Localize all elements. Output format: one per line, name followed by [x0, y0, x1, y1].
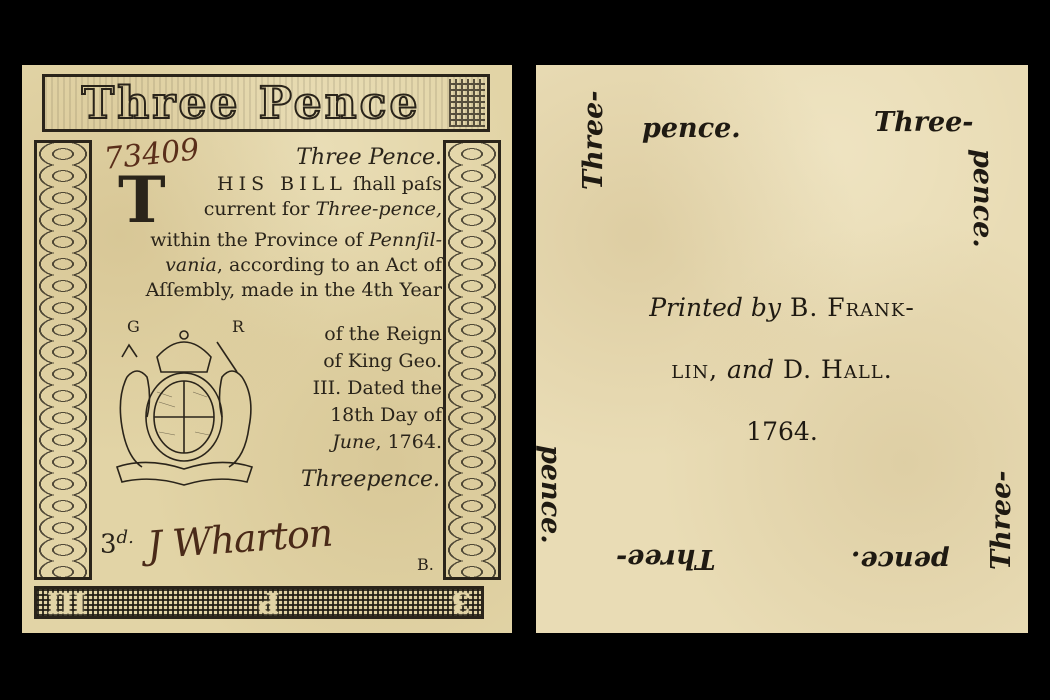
corner-top-left-vertical: Three- [578, 90, 609, 190]
printer-imprint-line-2: lin, and D. Hall. [536, 355, 1028, 384]
coat-of-arms-icon [97, 317, 272, 492]
corner-bottom-right-vertical: Three- [986, 470, 1017, 570]
body-line-3: within the Province of Pennſil- [100, 228, 442, 253]
footer-word: Threepence. [270, 467, 440, 492]
reign-line-4: 18th Day of [270, 402, 442, 429]
dropcap-letter: T [118, 174, 166, 228]
reign-line-2: of King Geo. [270, 348, 442, 375]
bottom-crosshatch-strip: 3 P III [34, 586, 484, 619]
arms-letter-g: G [127, 317, 140, 336]
reign-date-text: of the Reign of King Geo. III. Dated the… [270, 321, 442, 456]
banner-crosshatch-ornament [449, 79, 485, 127]
strip-text: 3 P III [37, 586, 481, 619]
reign-line-1: of the Reign [270, 321, 442, 348]
corner-bottom-left-horizontal: Three- [616, 543, 716, 574]
banknote-front: Three Pence Three Pence. T HIS BILL ſhal… [22, 65, 512, 633]
body-line-5: Aſſembly, made in the 4th Year [100, 278, 442, 303]
banner-text: Three Pence [82, 78, 421, 129]
right-ornamental-border [443, 140, 501, 580]
reign-line-3: III. Dated the [270, 375, 442, 402]
denomination-banner: Three Pence [42, 74, 490, 132]
corner-bottom-right-horizontal: pence. [851, 545, 950, 576]
corner-top-right-vertical: pence. [967, 149, 998, 248]
arms-letter-r: R [232, 317, 244, 336]
denomination-mark: 3d. [100, 527, 134, 560]
corner-top-left-horizontal: pence. [642, 113, 741, 144]
date-line: June, 1764. [270, 429, 442, 456]
corner-top-right-horizontal: Three- [874, 107, 974, 138]
banknote-back: Three- pence. Three- pence. pence. Three… [536, 65, 1028, 633]
royal-coat-of-arms: G R [97, 317, 272, 492]
printer-imprint-line-1: Printed by B. Frank- [536, 293, 1028, 322]
left-ornamental-border [34, 140, 92, 580]
plate-letter: B. [417, 555, 434, 574]
body-line-4: vania, according to an Act of [100, 253, 442, 278]
printer-imprint-year: 1764. [536, 417, 1028, 446]
corner-bottom-left-vertical: pence. [535, 445, 566, 544]
signature: J Wharton [146, 511, 334, 568]
